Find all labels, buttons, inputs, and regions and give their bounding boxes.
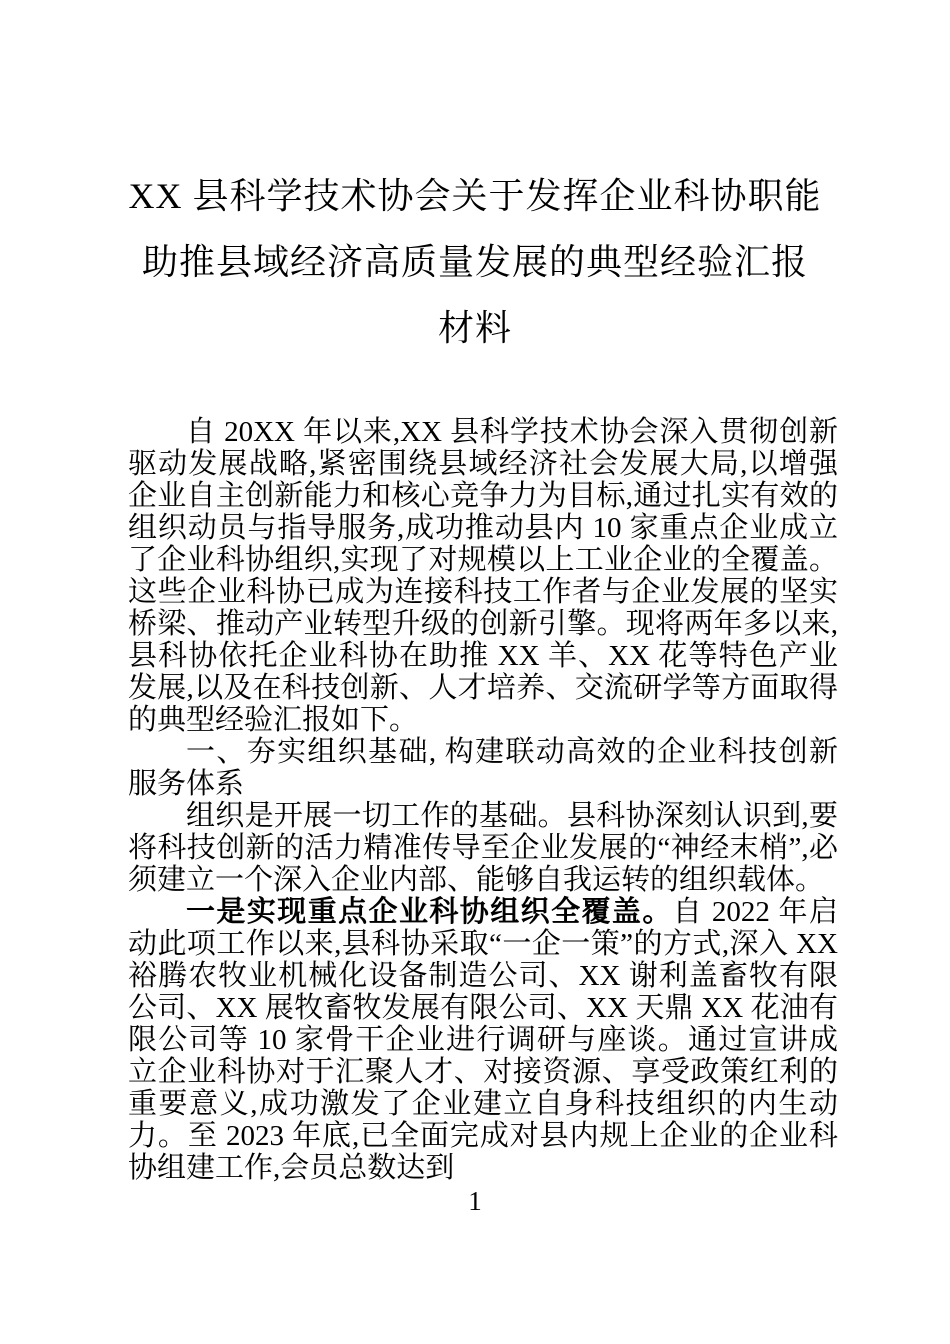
- text-run: 组织是开展一切工作的基础。县科协深刻认识到,要将科技创新的活力精准传导至企业发展…: [128, 800, 838, 896]
- document-title-line-2: 助推县域经济高质量发展的典型经验汇报: [68, 229, 882, 295]
- paragraph: 一是实现重点企业科协组织全覆盖。自 2022 年启动此项工作以来,县科协采取“一…: [128, 896, 838, 1184]
- text-run: 自 2022 年启动此项工作以来,县科协采取“一企一策”的方式,深入 XX 裕腾…: [128, 896, 838, 1184]
- document-title: XX 县科学技术协会关于发挥企业科协职能 助推县域经济高质量发展的典型经验汇报 …: [68, 163, 882, 361]
- document-page: XX 县科学技术协会关于发挥企业科协职能 助推县域经济高质量发展的典型经验汇报 …: [0, 0, 950, 1344]
- document-title-line-3: 材料: [68, 295, 882, 361]
- section-heading: 一、夯实组织基础, 构建联动高效的企业科技创新服务体系: [128, 736, 838, 800]
- page-number: 1: [0, 1186, 950, 1216]
- document-title-line-1: XX 县科学技术协会关于发挥企业科协职能: [68, 163, 882, 229]
- paragraph: 组织是开展一切工作的基础。县科协深刻认识到,要将科技创新的活力精准传导至企业发展…: [128, 800, 838, 896]
- paragraph: 自 20XX 年以来,XX 县科学技术协会深入贯彻创新驱动发展战略,紧密围绕县域…: [128, 416, 838, 736]
- bold-run: 一是实现重点企业科协组织全覆盖。: [186, 896, 673, 928]
- text-run: 自 20XX 年以来,XX 县科学技术协会深入贯彻创新驱动发展战略,紧密围绕县域…: [128, 416, 838, 736]
- document-body: 自 20XX 年以来,XX 县科学技术协会深入贯彻创新驱动发展战略,紧密围绕县域…: [128, 416, 838, 1184]
- text-run: 一、夯实组织基础, 构建联动高效的企业科技创新服务体系: [128, 736, 838, 800]
